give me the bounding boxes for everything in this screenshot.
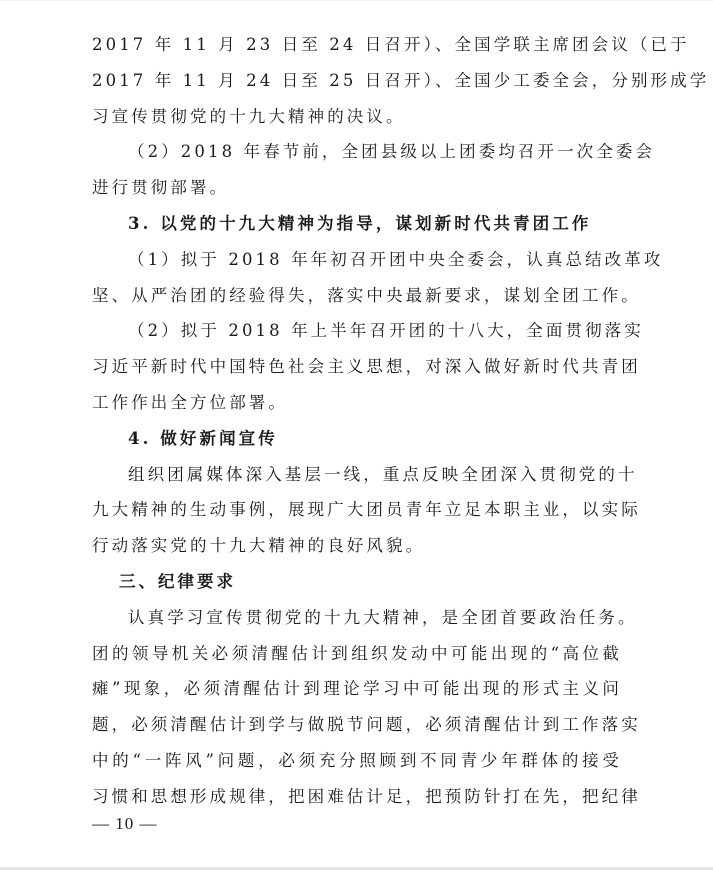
page-number: — 10 —: [92, 814, 158, 834]
paragraph-line: 习宣传贯彻党的十九大精神的决议。: [92, 99, 622, 135]
paragraph-line: 中的“一阵风”问题，必须充分照顾到不同青少年群体的接受: [92, 743, 622, 779]
page-top-edge: [0, 0, 713, 1]
paragraph-line: 瘫”现象，必须清醒估计到理论学习中可能出现的形式主义问: [92, 671, 622, 707]
paragraph-line: 工作作出全方位部署。: [92, 385, 622, 421]
paragraph-line: 组织团属媒体深入基层一线，重点反映全团深入贯彻党的十: [92, 457, 622, 493]
paragraph-line: 团的领导机关必须清醒估计到组织发动中可能出现的“高位截: [92, 636, 622, 672]
section-subheading: 4. 做好新闻宣传: [92, 421, 622, 457]
paragraph-line: 坚、从严治团的经验得失，落实中央最新要求，谋划全团工作。: [92, 278, 622, 314]
section-heading: 三、纪律要求: [92, 564, 622, 600]
section-subheading: 3. 以党的十九大精神为指导，谋划新时代共青团工作: [92, 206, 622, 242]
paragraph-line: 题，必须清醒估计到学与做脱节问题，必须清醒估计到工作落实: [92, 707, 622, 743]
paragraph-line: 九大精神的生动事例，展现广大团员青年立足本职主业，以实际: [92, 492, 622, 528]
paragraph-line: （2）2018 年春节前，全团县级以上团委均召开一次全委会: [92, 134, 622, 170]
paragraph-line: 2017 年 11 月 24 日至 25 日召开）、全国少工委全会，分别形成学: [92, 63, 622, 99]
paragraph-line: 行动落实党的十九大精神的良好风貌。: [92, 528, 622, 564]
paragraph-line: 习近平新时代中国特色社会主义思想，对深入做好新时代共青团: [92, 349, 622, 385]
paragraph-line: 认真学习宣传贯彻党的十九大精神，是全团首要政治任务。: [92, 600, 622, 636]
paragraph-line: （2）拟于 2018 年上半年召开团的十八大，全面贯彻落实: [92, 313, 622, 349]
paragraph-line: 2017 年 11 月 23 日至 24 日召开）、全国学联主席团会议（已于: [92, 27, 622, 63]
paragraph-line: 习惯和思想形成规律，把困难估计足，把预防针打在先，把纪律: [92, 779, 622, 815]
document-page: 2017 年 11 月 23 日至 24 日召开）、全国学联主席团会议（已于 2…: [92, 27, 622, 815]
paragraph-line: 进行贯彻部署。: [92, 170, 622, 206]
paragraph-line: （1）拟于 2018 年年初召开团中央全委会，认真总结改革攻: [92, 242, 622, 278]
